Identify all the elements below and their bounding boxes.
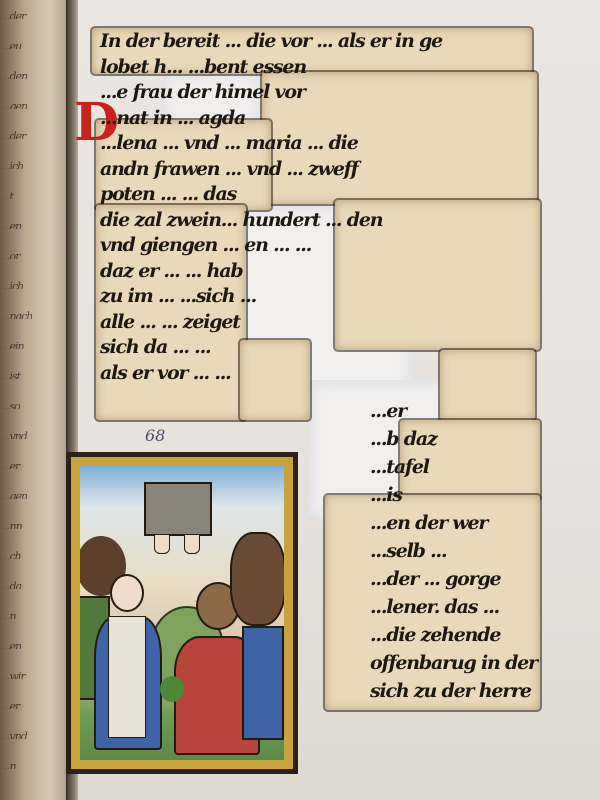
facing-page-line: ...vnd	[2, 430, 66, 439]
facing-page-line: ...gen	[2, 490, 66, 499]
parchment-fragment	[440, 350, 535, 420]
text-line: ...die zehende	[370, 624, 500, 646]
text-line: ...lena ... vnd ... maria ... die	[100, 132, 358, 154]
facing-page-line: ...den	[2, 70, 66, 79]
text-line: die zal zwein... hundert ... den	[100, 209, 382, 231]
facing-page-line: ...nn	[2, 520, 66, 529]
text-line: offenbarug in der	[370, 652, 537, 674]
cloud-robe-of-christ	[144, 482, 212, 536]
text-line: ...e frau der himel vor	[100, 81, 305, 103]
facing-page-line: ...en	[2, 220, 66, 229]
text-line: ...is	[370, 484, 402, 506]
text-line: zu im ... ...sich ...	[100, 285, 256, 307]
green-plant	[160, 676, 184, 702]
facing-page-line: ...or	[2, 250, 66, 259]
feet-of-christ	[184, 534, 200, 554]
facing-page-line: ...er	[2, 460, 66, 469]
text-line: lobet h... ...bent essen	[100, 56, 306, 78]
text-line: poten ... ... das	[100, 183, 236, 205]
text-line: als er vor ... ...	[100, 362, 231, 384]
text-line: ...en der wer	[370, 512, 487, 534]
text-line: daz er ... ... hab	[100, 260, 242, 282]
feet-of-christ	[154, 534, 170, 554]
haloed-apostle-group-right	[230, 532, 284, 626]
folio-number: 68	[145, 426, 165, 445]
facing-page-line: ...eu	[2, 40, 66, 49]
woodcut-illustration	[66, 452, 298, 774]
text-line: alle ... ... zeiget	[100, 311, 240, 333]
text-line: sich zu der herre	[370, 680, 531, 702]
ascension-scene	[80, 466, 284, 760]
text-line: andn frawen ... vnd ... zweff	[100, 158, 358, 180]
facing-page-line: ...en	[2, 640, 66, 649]
virgin-mary-veil	[108, 616, 146, 738]
virgin-mary-face	[110, 574, 144, 612]
parchment-fragment	[240, 340, 310, 420]
facing-page-line: ...der	[2, 10, 66, 19]
facing-page: ...der...eu...den...gen...der...ich...t.…	[0, 0, 72, 800]
apostle-blue-robe	[242, 626, 284, 740]
text-line: ...der ... gorge	[370, 568, 500, 590]
facing-page-line: ...da	[2, 580, 66, 589]
facing-page-line: ...der	[2, 130, 66, 139]
facing-page-line: ...ch	[2, 550, 66, 559]
text-line: ...er	[370, 400, 406, 422]
facing-page-line: ...er	[2, 700, 66, 709]
text-line: ...selb ...	[370, 540, 446, 562]
facing-page-line: ...vnd	[2, 730, 66, 739]
facing-page-line: ...gen	[2, 100, 66, 109]
facing-page-line: ...so	[2, 400, 66, 409]
text-line: ...tafel	[370, 456, 429, 478]
facing-page-line: ...wir	[2, 670, 66, 679]
facing-page-line: ...n	[2, 760, 66, 769]
text-line: ...b daz	[370, 428, 437, 450]
facing-page-line: ...ein	[2, 340, 66, 349]
facing-page-line: ...nach	[2, 310, 66, 319]
facing-page-line: ...ist	[2, 370, 66, 379]
facing-page-line: ...ich	[2, 280, 66, 289]
text-line: In der bereit ... die vor ... als er in …	[100, 30, 442, 52]
text-line: ...lener. das ...	[370, 596, 499, 618]
facing-page-line: ...n	[2, 610, 66, 619]
facing-page-line: ...t	[2, 190, 66, 199]
facing-page-line: ...ich	[2, 160, 66, 169]
text-line: sich da ... ...	[100, 336, 210, 358]
text-line: ...nat in ... agda	[100, 107, 245, 129]
text-line: vnd giengen ... en ... ...	[100, 234, 311, 256]
